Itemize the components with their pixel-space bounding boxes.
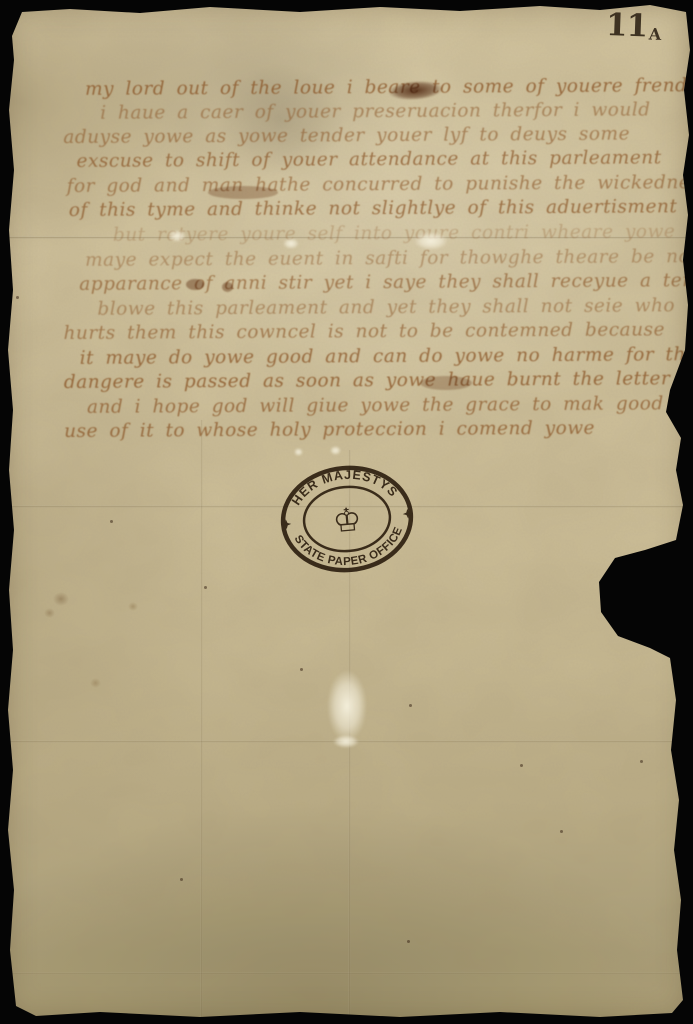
damage-spot bbox=[294, 448, 303, 456]
handwriting-line: apparance of anni stir yet i saye they s… bbox=[79, 270, 693, 295]
scanned-letter-page: my lord out of the loue i beare to some … bbox=[0, 0, 693, 1024]
handwriting-line: maye expect the euent in safti for thowg… bbox=[85, 246, 690, 271]
handwriting-line: of this tyme and thinke not slightlye of… bbox=[69, 196, 678, 221]
handwriting-line: blowe this parleament and yet they shall… bbox=[97, 295, 675, 320]
handwriting-line: it maye do yowe good and can do yowe no … bbox=[80, 344, 693, 369]
damage-spot bbox=[327, 670, 367, 742]
handwriting-line: for god and man hathe concurred to punis… bbox=[67, 172, 693, 197]
ink-retrace-smudge bbox=[420, 376, 472, 390]
crown-icon: ♔ bbox=[331, 500, 363, 540]
ink-retrace-smudge bbox=[222, 282, 233, 292]
handwriting-line: use of it to whose holy proteccion i com… bbox=[64, 418, 595, 442]
folio-number: 11A bbox=[605, 7, 662, 45]
handwriting-line: aduyse yowe as yowe tender youer lyf to … bbox=[63, 124, 630, 148]
handwriting-line: dangere is passed as soon as yowe haue b… bbox=[64, 368, 671, 393]
damage-spot bbox=[333, 735, 359, 748]
paper-sheet: my lord out of the loue i beare to some … bbox=[0, 0, 693, 1024]
damage-spot bbox=[414, 232, 448, 250]
handwriting-line: exscuse to shift of youer attendance at … bbox=[76, 147, 661, 172]
state-paper-office-stamp: HER MAJESTYS STATE PAPER OFFICE ♔ bbox=[272, 456, 421, 582]
handwriting-line: i haue a caer of youer preseruacion ther… bbox=[100, 99, 650, 123]
damage-spot bbox=[330, 446, 341, 455]
folio-suffix: A bbox=[649, 25, 662, 44]
handwriting-line: and i hope god will giue yowe the grace … bbox=[87, 393, 664, 418]
damage-spot bbox=[168, 230, 186, 242]
handwriting-line: hurts them this cowncel is not to be con… bbox=[63, 319, 665, 344]
handwriting-line: but retyere youre self into youre contri… bbox=[113, 221, 675, 245]
folio-digits: 11 bbox=[605, 7, 647, 44]
ink-retrace-smudge bbox=[186, 279, 204, 290]
ink-retrace-smudge bbox=[208, 186, 278, 199]
damage-spot bbox=[283, 238, 299, 249]
